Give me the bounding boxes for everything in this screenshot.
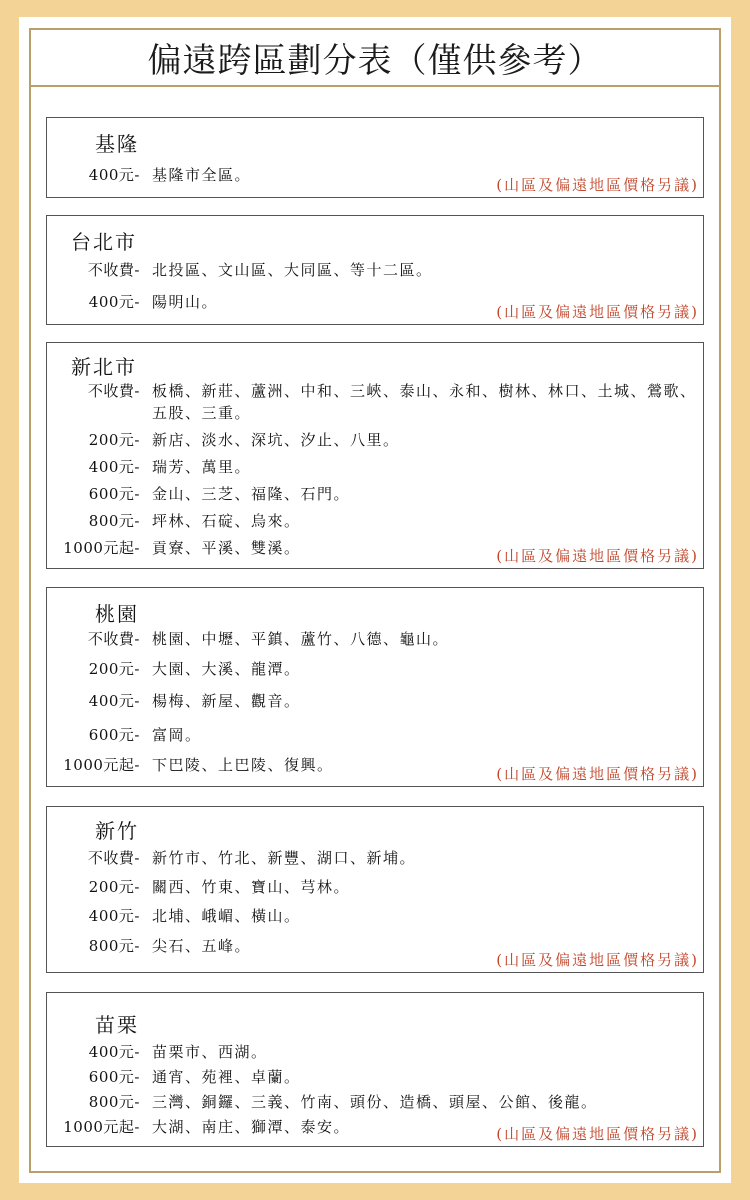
area-list: 貢寮、平溪、雙溪。 [152, 537, 301, 559]
price-label: 200元- [89, 429, 140, 451]
area-list: 新店、淡水、深坑、汐止、八里。 [152, 429, 400, 451]
region-title: 桃園 [95, 598, 139, 627]
price-label: 400元- [89, 905, 140, 927]
price-label: 1000元起- [63, 1116, 140, 1138]
price-label: 600元- [89, 724, 140, 746]
mountain-area-note: (山區及偏遠地區價格另議) [496, 545, 699, 566]
region-card-hsinchu: 新竹 不收費- 新竹市、竹北、新豐、湖口、新埔。 200元- 關西、竹東、寶山、… [46, 806, 704, 973]
area-list: 基隆市全區。 [152, 164, 251, 186]
price-label: 800元- [89, 1091, 140, 1113]
price-label: 不收費- [88, 259, 140, 281]
region-title: 新竹 [95, 815, 139, 844]
area-list: 富岡。 [152, 724, 202, 746]
area-list: 金山、三芝、福隆、石門。 [152, 483, 350, 505]
area-list: 通宵、苑裡、卓蘭。 [152, 1066, 301, 1088]
title-bar: 偏遠跨區劃分表（僅供參考） [31, 30, 719, 87]
price-label: 1000元起- [63, 754, 140, 776]
table-frame: 偏遠跨區劃分表（僅供參考） 基隆 400元- 基隆市全區。 (山區及偏遠地區價格… [29, 28, 721, 1173]
price-label: 1000元起- [63, 537, 140, 559]
area-list: 坪林、石碇、烏來。 [152, 510, 301, 532]
region-title: 基隆 [95, 128, 139, 157]
price-label: 800元- [89, 510, 140, 532]
price-label: 400元- [89, 1041, 140, 1063]
region-title: 台北市 [71, 226, 137, 255]
area-list: 下巴陵、上巴陵、復興。 [152, 754, 334, 776]
price-label: 不收費- [88, 847, 140, 869]
area-list: 瑞芳、萬里。 [152, 456, 251, 478]
price-label: 200元- [89, 658, 140, 680]
mountain-area-note: (山區及偏遠地區價格另議) [496, 763, 699, 784]
price-label: 400元- [89, 164, 140, 186]
price-label: 800元- [89, 935, 140, 957]
area-list: 北投區、文山區、大同區、等十二區。 [152, 259, 433, 281]
area-list: 北埔、峨嵋、橫山。 [152, 905, 301, 927]
area-list: 新竹市、竹北、新豐、湖口、新埔。 [152, 847, 416, 869]
price-label: 600元- [89, 483, 140, 505]
mountain-area-note: (山區及偏遠地區價格另議) [496, 301, 699, 322]
area-list: 三灣、銅鑼、三義、竹南、頭份、造橋、頭屋、公館、後龍。 [152, 1091, 598, 1113]
area-list: 關西、竹東、寶山、芎林。 [152, 876, 350, 898]
region-card-keelung: 基隆 400元- 基隆市全區。 (山區及偏遠地區價格另議) [46, 117, 704, 198]
page-panel: 偏遠跨區劃分表（僅供參考） 基隆 400元- 基隆市全區。 (山區及偏遠地區價格… [19, 17, 731, 1183]
area-list: 楊梅、新屋、觀音。 [152, 690, 301, 712]
area-list: 苗栗市、西湖。 [152, 1041, 268, 1063]
area-list: 桃園、中壢、平鎮、蘆竹、八德、龜山。 [152, 628, 449, 650]
area-list: 板橋、新莊、蘆洲、中和、三峽、泰山、永和、樹林、林口、土城、鶯歌、五股、三重。 [152, 380, 697, 424]
region-card-taoyuan: 桃園 不收費- 桃園、中壢、平鎮、蘆竹、八德、龜山。 200元- 大園、大溪、龍… [46, 587, 704, 787]
price-label: 400元- [89, 291, 140, 313]
region-card-taipei: 台北市 不收費- 北投區、文山區、大同區、等十二區。 400元- 陽明山。 (山… [46, 215, 704, 325]
area-list: 大湖、南庄、獅潭、泰安。 [152, 1116, 350, 1138]
mountain-area-note: (山區及偏遠地區價格另議) [496, 949, 699, 970]
area-list: 陽明山。 [152, 291, 218, 313]
price-label: 不收費- [88, 628, 140, 650]
area-list: 大園、大溪、龍潭。 [152, 658, 301, 680]
region-title: 新北市 [71, 351, 137, 380]
price-label: 600元- [89, 1066, 140, 1088]
region-card-miaoli: 苗栗 400元- 苗栗市、西湖。 600元- 通宵、苑裡、卓蘭。 800元- 三… [46, 992, 704, 1147]
mountain-area-note: (山區及偏遠地區價格另議) [496, 1123, 699, 1144]
price-label: 不收費- [88, 380, 140, 402]
region-title: 苗栗 [95, 1009, 139, 1038]
price-label: 400元- [89, 456, 140, 478]
price-label: 200元- [89, 876, 140, 898]
page-title: 偏遠跨區劃分表（僅供參考） [148, 33, 603, 82]
area-list: 尖石、五峰。 [152, 935, 251, 957]
price-label: 400元- [89, 690, 140, 712]
mountain-area-note: (山區及偏遠地區價格另議) [496, 174, 699, 195]
region-card-new-taipei: 新北市 不收費- 板橋、新莊、蘆洲、中和、三峽、泰山、永和、樹林、林口、土城、鶯… [46, 342, 704, 569]
